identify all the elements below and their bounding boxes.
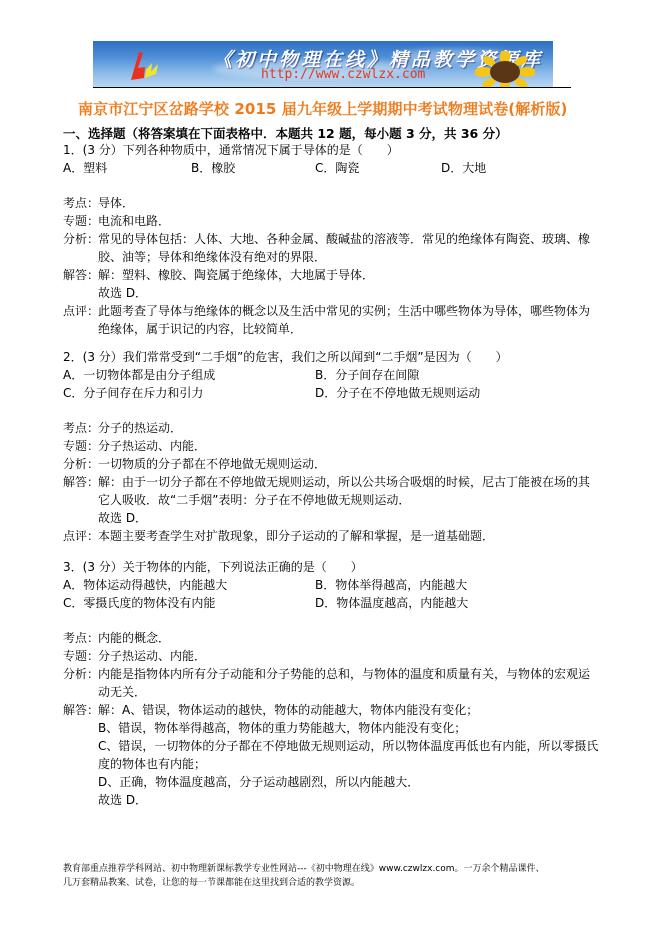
q1-fenxi-line: 胶、油等；导体和绝缘体没有绝对的界限． bbox=[98, 248, 326, 266]
site-logo-icon bbox=[125, 50, 165, 82]
q2-dianping-label: 点评： bbox=[63, 527, 99, 545]
q1-dianping-line: 绝缘体，属于识记的内容，比较简单． bbox=[98, 320, 302, 338]
q2-jieda-line: 故选 D． bbox=[98, 509, 147, 527]
q1-dianping-line: 此题考查了导体与绝缘体的概念以及生活中常见的实例；生活中哪些物体为导体，哪些物体… bbox=[98, 302, 590, 320]
header-banner: 《初中物理在线》精品教学资源库 http://www.czwlzx.com bbox=[93, 41, 553, 87]
document-title: 南京市江宁区岔路学校 2015 届九年级上学期期中考试物理试卷(解析版) bbox=[78, 98, 568, 119]
q2-jieda-line: 解：由于一切分子都在不停地做无规则运动，所以公共场合吸烟的时候，尼古丁能被在场的… bbox=[98, 473, 590, 491]
question-2-stem: 2．(3 分）我们常常受到“二手烟”的危害，我们之所以闻到“二手烟”是因为（ ） bbox=[63, 348, 508, 366]
q3-zhuanti-label: 专题： bbox=[63, 647, 99, 665]
q1-jieda-label: 解答： bbox=[63, 266, 99, 284]
q1-fenxi-label: 分析： bbox=[63, 230, 99, 248]
q1-kaodian-label: 考点： bbox=[63, 194, 99, 212]
question-1-option-c: C．陶瓷 bbox=[315, 159, 359, 177]
question-2-option-d: D．分子在不停地做无规则运动 bbox=[315, 384, 480, 402]
header-rule bbox=[93, 87, 571, 88]
question-3-option-d: D．物体温度越高，内能越大 bbox=[315, 594, 468, 612]
q2-kaodian: 分子的热运动． bbox=[98, 419, 182, 437]
q3-zhuanti: 分子热运动、内能． bbox=[98, 647, 206, 665]
q2-jieda-label: 解答： bbox=[63, 473, 99, 491]
question-1-option-a: A．塑料 bbox=[63, 159, 107, 177]
q3-kaodian: 内能的概念． bbox=[98, 629, 170, 647]
q2-zhuanti-label: 专题： bbox=[63, 437, 99, 455]
q1-kaodian: 导体． bbox=[98, 194, 134, 212]
q3-jieda-line: 度的物体也有内能； bbox=[98, 755, 206, 773]
question-3-option-b: B．物体举得越高，内能越大 bbox=[315, 576, 467, 594]
q1-dianping-label: 点评： bbox=[63, 302, 99, 320]
q3-jieda-line: 故选 D． bbox=[98, 791, 147, 809]
q3-jieda-line: B、错误，物体举得越高，物体的重力势能越大，物体内能没有变化； bbox=[98, 719, 466, 737]
question-2-option-b: B．分子间存在间隙 bbox=[315, 366, 419, 384]
q3-jieda-line: C、错误，一切物体的分子都在不停地做无规则运动，所以物体温度再低也有内能，所以零… bbox=[98, 737, 598, 755]
question-3-stem: 3．(3 分）关于物体的内能，下列说法正确的是（ ） bbox=[63, 558, 363, 576]
q1-fenxi-line: 常见的导体包括：人体、大地、各种金属、酸碱盐的溶液等．常见的绝缘体有陶瓷、玻璃、… bbox=[98, 230, 590, 248]
question-1-stem: 1．(3 分）下列各种物质中，通常情况下属于导体的是（ ） bbox=[63, 141, 399, 159]
q2-zhuanti: 分子热运动、内能． bbox=[98, 437, 206, 455]
q3-jieda-line: 解：A、错误，物体运动的越快，物体的动能越大，物体内能没有变化； bbox=[98, 701, 478, 719]
q3-fenxi-label: 分析： bbox=[63, 665, 99, 683]
q1-zhuanti: 电流和电路． bbox=[98, 212, 170, 230]
q1-zhuanti-label: 专题： bbox=[63, 212, 99, 230]
sunflower-icon bbox=[475, 51, 535, 87]
q3-jieda-label: 解答： bbox=[63, 701, 99, 719]
q2-kaodian-label: 考点： bbox=[63, 419, 99, 437]
section-heading: 一、选择题（将答案填在下面表格中．本题共 12 题，每小题 3 分，共 36 分… bbox=[63, 124, 508, 142]
q1-jieda-line: 故选 D． bbox=[98, 284, 147, 302]
banner-url[interactable]: http://www.czwlzx.com bbox=[261, 67, 425, 82]
question-1-option-b: B．橡胶 bbox=[191, 159, 235, 177]
q2-fenxi-line: 一切物质的分子都在不停地做无规则运动． bbox=[98, 455, 326, 473]
question-1-option-d: D．大地 bbox=[441, 159, 486, 177]
question-3-option-a: A．物体运动得越快，内能越大 bbox=[63, 576, 227, 594]
q2-dianping-line: 本题主要考查学生对扩散现象，即分子运动的了解和掌握，是一道基础题． bbox=[98, 527, 494, 545]
q3-fenxi-line: 动无关． bbox=[98, 683, 146, 701]
q1-jieda-line: 解：塑料、橡胶、陶瓷属于绝缘体，大地属于导体． bbox=[98, 266, 374, 284]
q3-jieda-line: D、正确，物体温度越高，分子运动越剧烈，所以内能越大． bbox=[98, 773, 419, 791]
q3-kaodian-label: 考点： bbox=[63, 629, 99, 647]
question-3-option-c: C．零摄氏度的物体没有内能 bbox=[63, 594, 215, 612]
footer-line: 几万套精品教案、试卷，让您的每一节课都能在这里找到合适的教学资源。 bbox=[63, 877, 360, 890]
question-2-option-a: A．一切物体都是由分子组成 bbox=[63, 366, 215, 384]
question-2-option-c: C．分子间存在斥力和引力 bbox=[63, 384, 203, 402]
q2-jieda-line: 它人吸收．故“二手烟”表明：分子在不停地做无规则运动． bbox=[98, 491, 410, 509]
footer-line: 教育部重点推荐学科网站、初中物理新课标教学专业性网站---《初中物理在线》www… bbox=[63, 863, 545, 876]
q3-fenxi-line: 内能是指物体内所有分子动能和分子势能的总和，与物体的温度和质量有关，与物体的宏观… bbox=[98, 665, 590, 683]
q2-fenxi-label: 分析： bbox=[63, 455, 99, 473]
